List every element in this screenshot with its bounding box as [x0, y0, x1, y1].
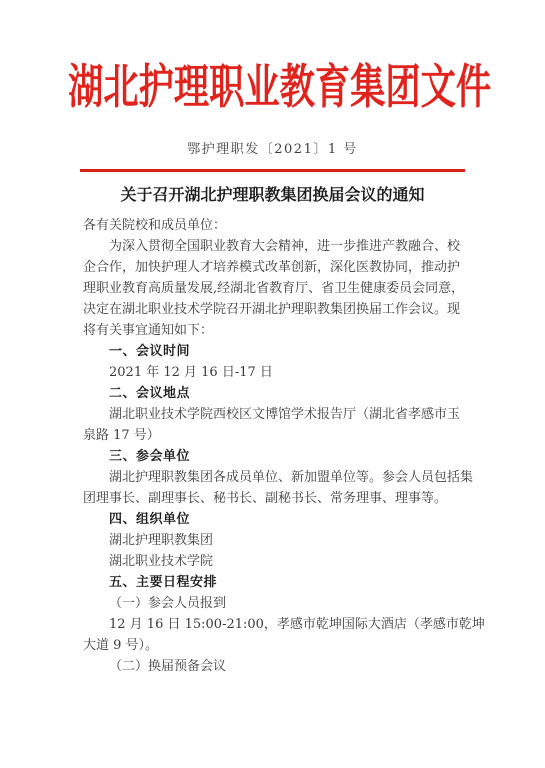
intro-paragraph: 为深入贯彻全国职业教育大会精神，进一步推进产教融合、校 企合作，加快护理人才培养… — [83, 236, 487, 341]
section-5-heading: 五、主要日程安排 — [83, 572, 487, 593]
section-2-body: 湖北职业技术学院西校区文博馆学术报告厅（湖北省孝感市玉 泉路 17 号） — [83, 404, 487, 446]
document-page: 湖北护理职业教育集团文件 鄂护理职发〔2021〕1 号 关于召开湖北护理职教集团… — [0, 0, 545, 768]
salutation: 各有关院校和成员单位： — [83, 215, 487, 236]
red-rule-divider — [80, 169, 465, 172]
section-4-org-2: 湖北职业技术学院 — [83, 551, 487, 572]
doc-number: 鄂护理职发〔2021〕1 号 — [0, 140, 545, 159]
section-4-heading: 四、组织单位 — [83, 509, 487, 530]
notice-body: 各有关院校和成员单位： 为深入贯彻全国职业教育大会精神，进一步推进产教融合、校 … — [83, 215, 487, 677]
notice-title: 关于召开湖北护理职教集团换届会议的通知 — [0, 184, 545, 206]
letterhead-title: 湖北护理职业教育集团文件 — [68, 64, 477, 111]
section-4-org-1: 湖北护理职教集团 — [83, 530, 487, 551]
section-5-item-1-heading: （一）参会人员报到 — [83, 593, 487, 614]
section-5-item-2-heading: （二）换届预备会议 — [83, 656, 487, 677]
section-3-body: 湖北护理职教集团各成员单位、新加盟单位等。参会人员包括集 团理事长、副理事长、秘… — [83, 467, 487, 509]
section-1-heading: 一、会议时间 — [83, 341, 487, 362]
section-5-item-1-body: 12 月 16 日 15:00-21:00，孝感市乾坤国际大酒店（孝感市乾坤 大… — [83, 614, 487, 656]
section-2-heading: 二、会议地点 — [83, 383, 487, 404]
section-1-body: 2021 年 12 月 16 日-17 日 — [83, 362, 487, 383]
section-3-heading: 三、参会单位 — [83, 446, 487, 467]
